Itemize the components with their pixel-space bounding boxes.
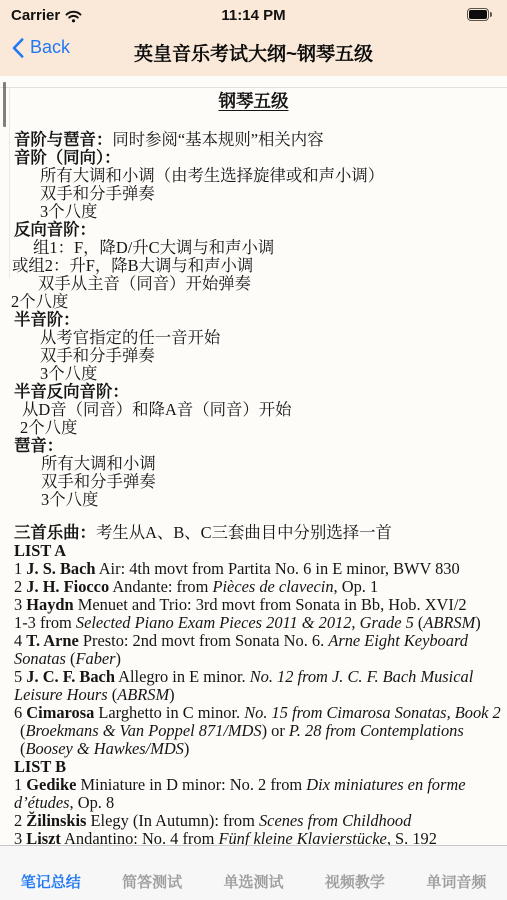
doc-line: 2 Z̆ilinskis Elegy (In Autumn): from Sce… <box>11 812 499 830</box>
status-bar: Carrier 11:14 PM <box>0 0 507 30</box>
doc-line: (Broekmans & Van Poppel 871/MDS) or P. 2… <box>11 722 499 740</box>
doc-line: LIST A <box>11 542 499 560</box>
doc-line: 3个八度 <box>11 365 499 383</box>
doc-line: 半音反向音阶： <box>11 383 499 401</box>
doc-line: d’études, Op. 8 <box>11 794 499 812</box>
nav-bar: Back 英皇音乐考试大纲~钢琴五级 <box>0 30 507 76</box>
document-title: 钢琴五级 <box>0 88 507 113</box>
tab-item-short-answer-quiz[interactable]: 简答测试 <box>101 846 202 900</box>
tab-item-video-lessons[interactable]: 视频教学 <box>304 846 405 900</box>
page-edge-line <box>0 87 507 88</box>
doc-line: 或组2：升F，降B大调与和声小调 <box>11 257 499 275</box>
doc-line: 组1：F，降D/升C大调与和声小调 <box>11 239 499 257</box>
doc-line: 6 Cimarosa Larghetto in C minor. No. 15 … <box>11 704 499 722</box>
doc-line: 1 Gedike Miniature in D minor: No. 2 fro… <box>11 776 499 794</box>
doc-line: 三首乐曲：考生从A、B、C三套曲目中分别选择一首 <box>11 524 499 542</box>
tab-item-notes-summary[interactable]: 笔记总结 <box>0 846 101 900</box>
chevron-left-icon <box>12 38 24 58</box>
page-edge-faint-line <box>9 88 10 278</box>
doc-line: 3 Haydn Menuet and Trio: 3rd movt from S… <box>11 596 499 614</box>
doc-line: 双手从主音（同音）开始弹奏 <box>11 275 499 293</box>
doc-line: 双手和分手弹奏 <box>11 473 499 491</box>
document-scroll-area[interactable]: 钢琴五级 音阶与琶音：同时参阅“基本规则”相关内容音阶（同向）：所有大调和小调（… <box>0 76 507 845</box>
doc-line: 从D音（同音）和降A音（同音）开始 <box>11 401 499 419</box>
doc-line: 2个八度 <box>11 419 499 437</box>
doc-line: 3个八度 <box>11 203 499 221</box>
page-title: 英皇音乐考试大纲~钢琴五级 <box>50 39 457 66</box>
doc-line: (Boosey & Hawkes/MDS) <box>11 740 499 758</box>
app-window: Carrier 11:14 PM Back 英皇音乐考试大纲~钢琴五级 钢琴五级… <box>0 0 507 900</box>
doc-line: 1 J. S. Bach Air: 4th movt from Partita … <box>11 560 499 578</box>
doc-line: 3个八度 <box>11 491 499 509</box>
page-edge-mark <box>3 82 6 127</box>
tab-bar: 笔记总结简答测试单选测试视频教学单词音频 <box>0 845 507 900</box>
doc-line: 反向音阶： <box>11 221 499 239</box>
doc-line: 半音阶： <box>11 311 499 329</box>
doc-line: 5 J. C. F. Bach Allegro in E minor. No. … <box>11 668 499 686</box>
tab-item-word-audio[interactable]: 单词音频 <box>406 846 507 900</box>
doc-line: 2个八度 <box>11 293 499 311</box>
section-scales: 音阶与琶音：同时参阅“基本规则”相关内容音阶（同向）：所有大调和小调（由考生选择… <box>11 131 499 509</box>
doc-line: 音阶（同向）： <box>11 149 499 167</box>
battery-icon <box>467 8 493 21</box>
tab-item-multiple-choice-quiz[interactable]: 单选测试 <box>203 846 304 900</box>
doc-line: 所有大调和小调（由考生选择旋律或和声小调） <box>11 167 499 185</box>
doc-line: 1-3 from Selected Piano Exam Pieces 2011… <box>11 614 499 632</box>
doc-line: 音阶与琶音：同时参阅“基本规则”相关内容 <box>11 131 499 149</box>
doc-line: Sonatas (Faber) <box>11 650 499 668</box>
doc-line: 双手和分手弹奏 <box>11 347 499 365</box>
doc-body: 音阶与琶音：同时参阅“基本规则”相关内容音阶（同向）：所有大调和小调（由考生选择… <box>0 131 507 845</box>
doc-line: Leisure Hours (ABRSM) <box>11 686 499 704</box>
doc-line: 双手和分手弹奏 <box>11 185 499 203</box>
doc-line: 从考官指定的任一音开始 <box>11 329 499 347</box>
doc-line: LIST B <box>11 758 499 776</box>
status-time: 11:14 PM <box>0 7 507 24</box>
doc-line: 所有大调和小调 <box>11 455 499 473</box>
doc-line: 3 Liszt Andantino: No. 4 from Fünf klein… <box>11 830 499 845</box>
section-pieces: 三首乐曲：考生从A、B、C三套曲目中分别选择一首LIST A1 J. S. Ba… <box>11 524 499 845</box>
doc-line: 4 T. Arne Presto: 2nd movt from Sonata N… <box>11 632 499 650</box>
doc-line: 2 J. H. Fiocco Andante: from Pièces de c… <box>11 578 499 596</box>
doc-line: 琶音： <box>11 437 499 455</box>
